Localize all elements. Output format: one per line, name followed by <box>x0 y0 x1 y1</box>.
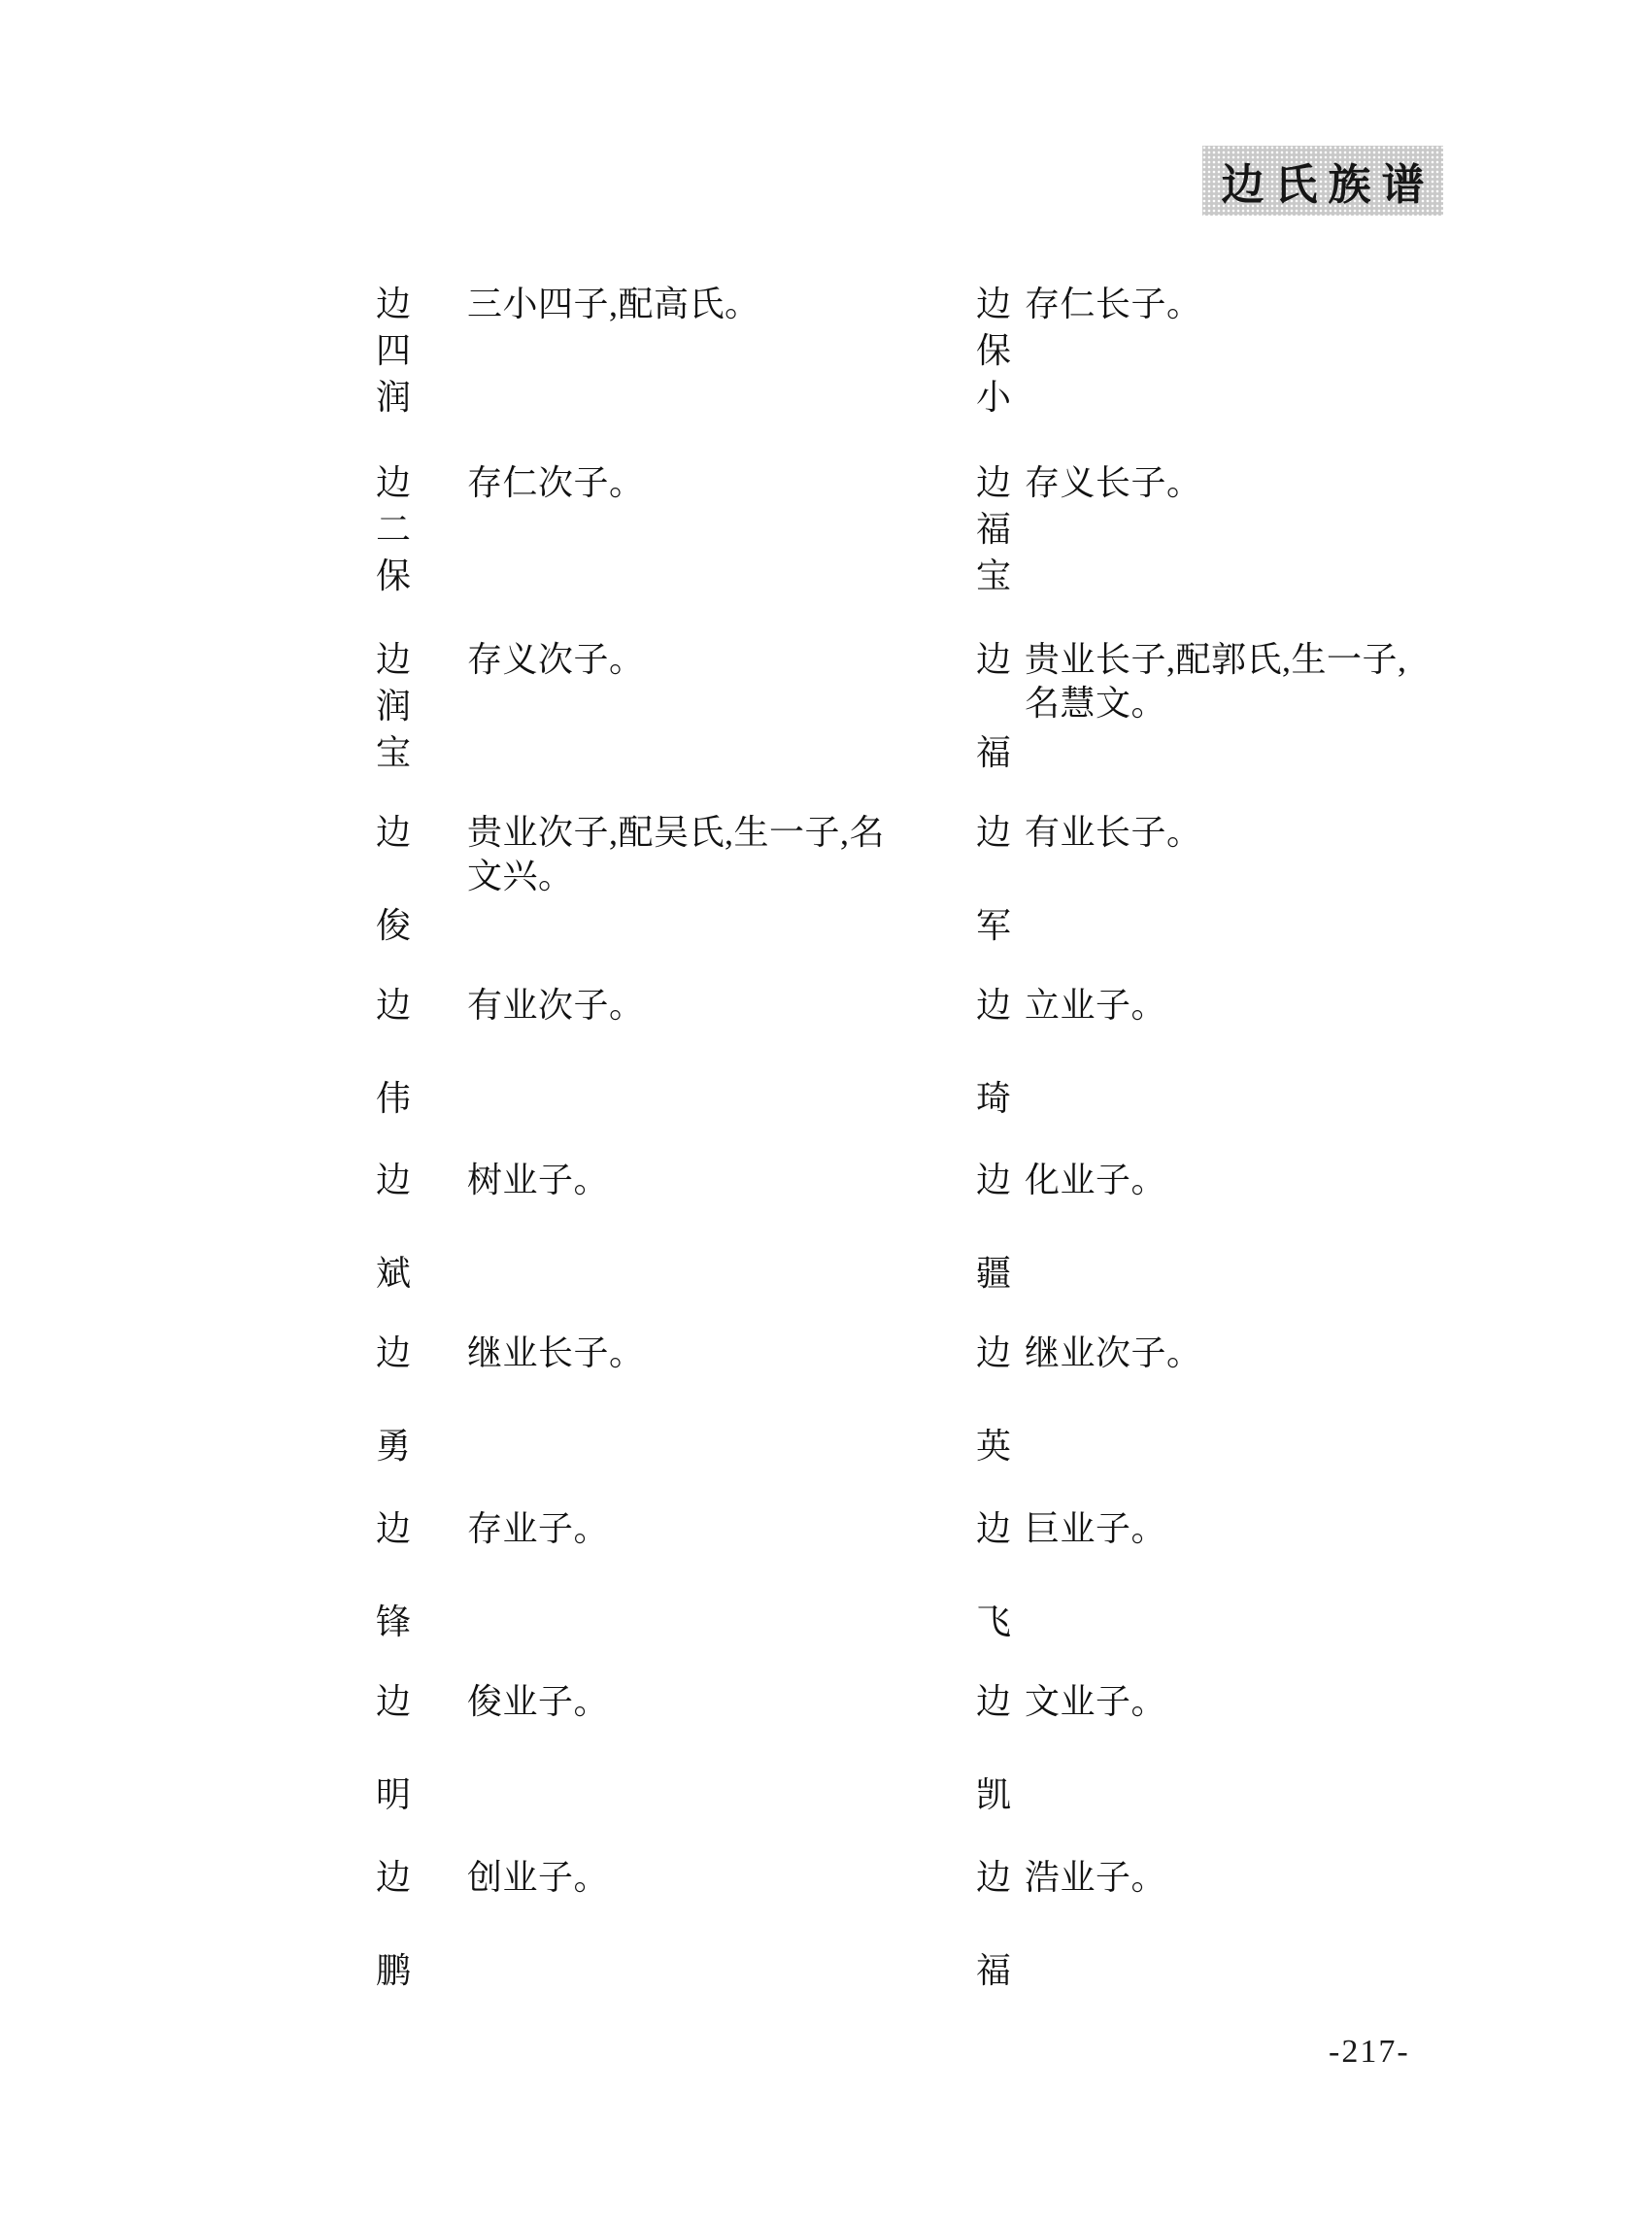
entry-description: 贵业次子,配吴氏,生一子,名文兴。 <box>467 811 885 898</box>
genealogy-entry: 边凯 文业子。 <box>976 1684 1415 1812</box>
name-character: 边 <box>376 1335 421 1370</box>
name-character: 边 <box>976 815 1021 850</box>
book-title-badge: 边氏族谱 <box>1202 146 1443 216</box>
entry-name: 边明 <box>376 1684 421 1812</box>
name-character: 边 <box>976 1335 1021 1370</box>
genealogy-entry: 边锋 存业子。 <box>376 1511 885 1639</box>
name-character: 锋 <box>376 1604 421 1639</box>
entry-description: 继业次子。 <box>1025 1332 1415 1375</box>
genealogy-entry: 边福宝 存义长子。 <box>976 465 1415 593</box>
name-character: 润 <box>376 689 421 724</box>
entry-name: 边俊 <box>376 815 421 943</box>
genealogy-entry: 边保小 存仁长子。 <box>976 287 1415 415</box>
entry-description: 化业子。 <box>1025 1159 1415 1202</box>
name-character: 英 <box>976 1429 1021 1464</box>
entry-name: 边凯 <box>976 1684 1021 1812</box>
name-character: 边 <box>376 287 421 321</box>
entry-name: 边斌 <box>376 1163 421 1291</box>
name-character: 飞 <box>976 1604 1021 1639</box>
name-character: 伟 <box>376 1081 421 1116</box>
entry-description: 创业子。 <box>467 1856 885 1900</box>
name-character: 边 <box>976 1511 1021 1546</box>
name-character: 勇 <box>376 1429 421 1464</box>
name-character: 边 <box>976 1860 1021 1895</box>
name-character: 二 <box>376 512 421 547</box>
name-character: 俊 <box>376 908 421 943</box>
name-character: 保 <box>376 558 421 593</box>
name-character: 边 <box>376 988 421 1023</box>
genealogy-entry: 边伟 有业次子。 <box>376 988 885 1116</box>
genealogy-entry: 边斌 树业子。 <box>376 1163 885 1291</box>
entry-name: 边二保 <box>376 465 421 593</box>
genealogy-entry: 边军 有业长子。 <box>976 815 1415 943</box>
name-character: 边 <box>976 988 1021 1023</box>
name-character: 边 <box>376 815 421 850</box>
genealogy-entry: 边疆 化业子。 <box>976 1163 1415 1291</box>
name-character: 边 <box>376 1511 421 1546</box>
name-character: 福 <box>976 1953 1021 1988</box>
entry-description: 巨业子。 <box>1025 1507 1415 1551</box>
name-character: 小 <box>976 380 1021 415</box>
genealogy-entry: 边二保 存仁次子。 <box>376 465 885 593</box>
entry-description: 存义次子。 <box>467 638 885 682</box>
entry-name: 边福 <box>976 642 1021 770</box>
name-character: 福 <box>976 735 1021 770</box>
book-title: 边氏族谱 <box>1211 150 1435 212</box>
name-character: 疆 <box>976 1256 1021 1291</box>
entry-description: 有业次子。 <box>467 984 885 1028</box>
entry-description: 浩业子。 <box>1025 1856 1415 1900</box>
entry-name: 边伟 <box>376 988 421 1116</box>
name-character: 边 <box>976 1163 1021 1197</box>
genealogy-entry: 边英 继业次子。 <box>976 1335 1415 1464</box>
entry-name: 边锋 <box>376 1511 421 1639</box>
entry-description: 有业长子。 <box>1025 811 1415 855</box>
name-character: 宝 <box>976 558 1021 593</box>
name-character: 边 <box>376 1860 421 1895</box>
genealogy-entry: 边俊 贵业次子,配吴氏,生一子,名文兴。 <box>376 815 885 943</box>
genealogy-entry: 边福 贵业长子,配郭氏,生一子,名慧文。 <box>976 642 1415 770</box>
entry-description: 存仁次子。 <box>467 461 885 505</box>
entry-name: 边勇 <box>376 1335 421 1464</box>
entry-description: 继业长子。 <box>467 1332 885 1375</box>
name-character: 边 <box>376 1684 421 1719</box>
entry-name: 边福宝 <box>976 465 1021 593</box>
name-character: 琦 <box>976 1081 1021 1116</box>
entry-description: 俊业子。 <box>467 1680 885 1724</box>
entry-description: 存仁长子。 <box>1025 283 1415 326</box>
entry-name: 边保小 <box>976 287 1021 415</box>
genealogy-entry: 边琦 立业子。 <box>976 988 1415 1116</box>
entry-name: 边润宝 <box>376 642 421 770</box>
name-character: 鹏 <box>376 1953 421 1988</box>
genealogy-entry: 边四润 三小四子,配高氏。 <box>376 287 885 415</box>
entry-name: 边福 <box>976 1860 1021 1988</box>
entry-name: 边鹏 <box>376 1860 421 1988</box>
entry-name: 边四润 <box>376 287 421 415</box>
name-character: 边 <box>976 287 1021 321</box>
name-character: 边 <box>376 642 421 677</box>
name-character: 边 <box>976 465 1021 500</box>
name-character: 润 <box>376 380 421 415</box>
name-character: 福 <box>976 512 1021 547</box>
genealogy-entry: 边明 俊业子。 <box>376 1684 885 1812</box>
name-character: 明 <box>376 1777 421 1812</box>
entry-description: 存业子。 <box>467 1507 885 1551</box>
page-number: -217- <box>1329 2034 1410 2071</box>
entry-name: 边飞 <box>976 1511 1021 1639</box>
name-character: 斌 <box>376 1256 421 1291</box>
entry-description: 贵业长子,配郭氏,生一子,名慧文。 <box>1025 638 1415 725</box>
entry-name: 边疆 <box>976 1163 1021 1291</box>
genealogy-entry: 边飞 巨业子。 <box>976 1511 1415 1639</box>
entry-description: 树业子。 <box>467 1159 885 1202</box>
genealogy-entry: 边勇 继业长子。 <box>376 1335 885 1464</box>
name-character: 宝 <box>376 735 421 770</box>
name-character: 边 <box>376 465 421 500</box>
genealogy-page: 边氏族谱 边四润 三小四子,配高氏。 边二保 存仁次子。 边润宝 存义次子。 边… <box>0 0 1652 2226</box>
name-character: 凯 <box>976 1777 1021 1812</box>
name-character: 边 <box>976 642 1021 677</box>
entry-description: 文业子。 <box>1025 1680 1415 1724</box>
genealogy-entry: 边福 浩业子。 <box>976 1860 1415 1988</box>
entry-name: 边英 <box>976 1335 1021 1464</box>
entry-name: 边军 <box>976 815 1021 943</box>
name-character: 边 <box>376 1163 421 1197</box>
name-character: 边 <box>976 1684 1021 1719</box>
name-character: 保 <box>976 333 1021 368</box>
entry-name: 边琦 <box>976 988 1021 1116</box>
name-character: 军 <box>976 908 1021 943</box>
entry-description: 三小四子,配高氏。 <box>467 283 885 326</box>
genealogy-entry: 边润宝 存义次子。 <box>376 642 885 770</box>
entry-description: 存义长子。 <box>1025 461 1415 505</box>
genealogy-entry: 边鹏 创业子。 <box>376 1860 885 1988</box>
entry-description: 立业子。 <box>1025 984 1415 1028</box>
name-character: 四 <box>376 333 421 368</box>
